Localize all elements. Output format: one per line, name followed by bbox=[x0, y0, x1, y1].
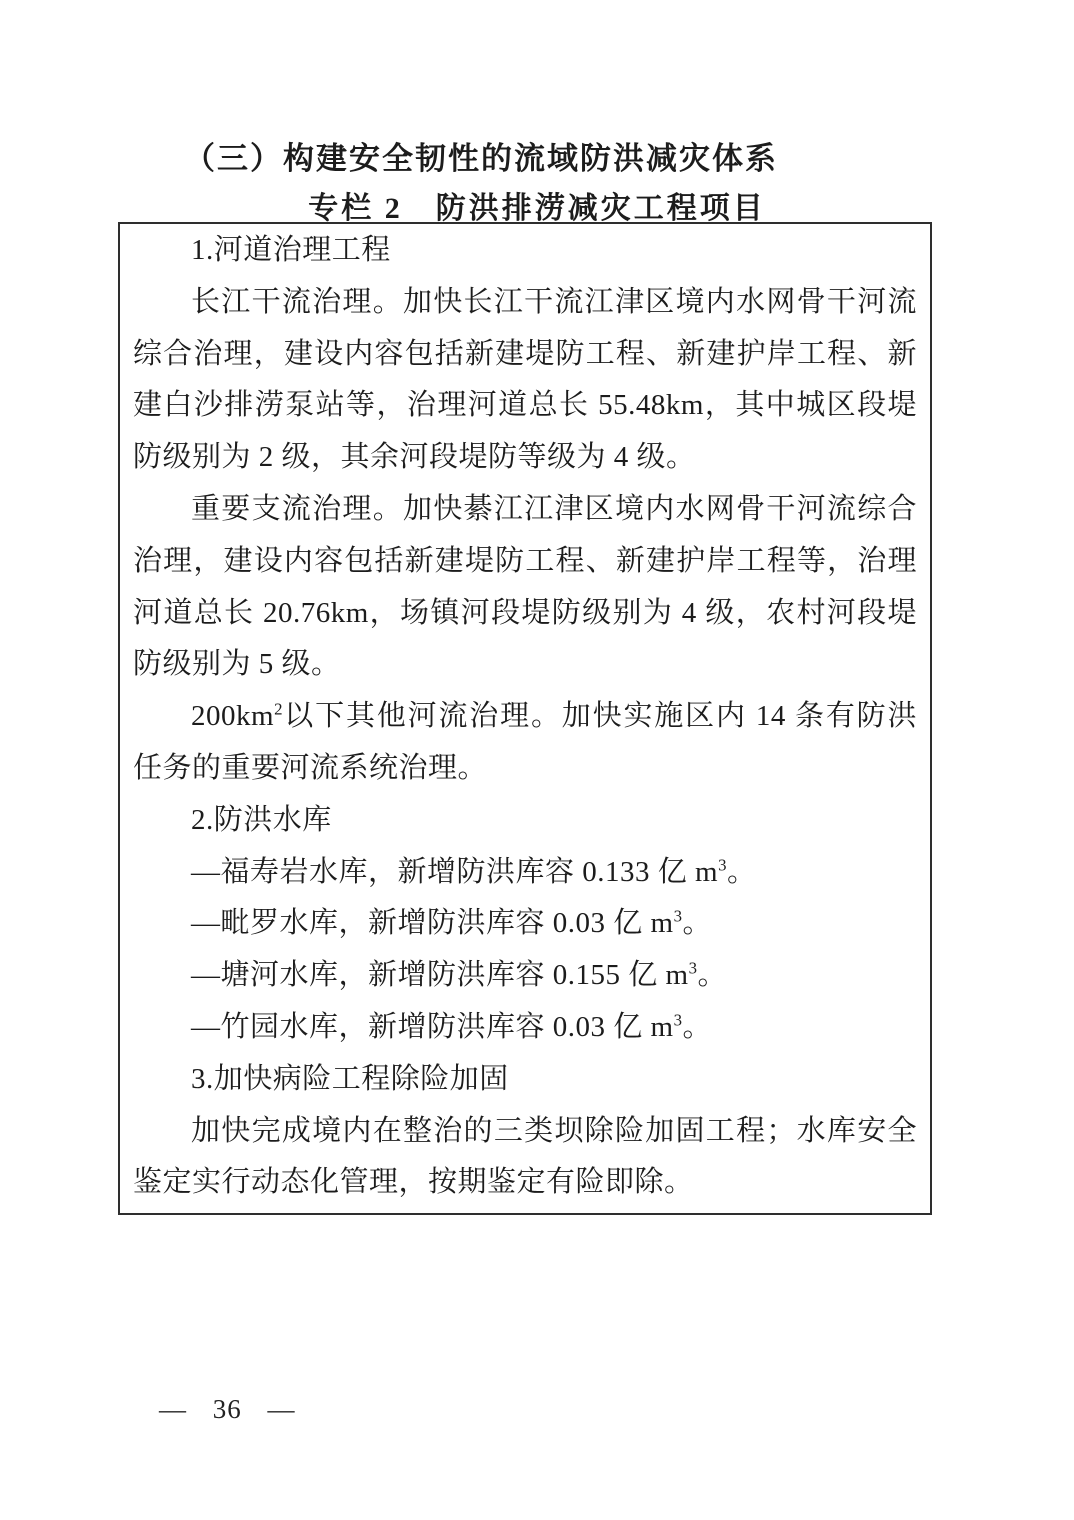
text-run: 1.河道治理工程 bbox=[191, 234, 391, 266]
text-run: 长江干流治理。加快长江干流江津区境内水网骨干河流综合治理，建设内容包括新建堤防工… bbox=[133, 286, 917, 473]
section-heading: （三）构建安全韧性的流域防洪减灾体系 bbox=[184, 133, 778, 178]
box-paragraph: 长江干流治理。加快长江干流江津区境内水网骨干河流综合治理，建设内容包括新建堤防工… bbox=[133, 277, 917, 484]
text-run: 。 bbox=[682, 1011, 712, 1043]
box-paragraph: —塘河水库，新增防洪库容 0.155 亿 m3。 bbox=[133, 950, 917, 1002]
box-subheading: 3.加快病险工程除险加固 bbox=[133, 1054, 917, 1106]
text-run: 重要支流治理。加快綦江江津区境内水网骨干河流综合治理，建设内容包括新建堤防工程、… bbox=[133, 493, 917, 680]
text-run: —竹园水库，新增防洪库容 0.03 亿 m bbox=[191, 1011, 674, 1043]
text-run: 200km bbox=[191, 700, 274, 732]
callout-box-content: 1.河道治理工程长江干流治理。加快长江干流江津区境内水网骨干河流综合治理，建设内… bbox=[133, 225, 917, 1209]
box-paragraph: 加快完成境内在整治的三类坝除险加固工程；水库安全鉴定实行动态化管理，按期鉴定有险… bbox=[133, 1106, 917, 1210]
superscript: 2 bbox=[274, 700, 283, 719]
text-run: —毗罗水库，新增防洪库容 0.03 亿 m bbox=[191, 907, 674, 939]
callout-box: 1.河道治理工程长江干流治理。加快长江干流江津区境内水网骨干河流综合治理，建设内… bbox=[118, 222, 932, 1215]
text-run: —福寿岩水库，新增防洪库容 0.133 亿 m bbox=[191, 856, 718, 888]
box-paragraph: —毗罗水库，新增防洪库容 0.03 亿 m3。 bbox=[133, 898, 917, 950]
text-run: 。 bbox=[682, 907, 712, 939]
text-run: 加快完成境内在整治的三类坝除险加固工程；水库安全鉴定实行动态化管理，按期鉴定有险… bbox=[133, 1115, 917, 1199]
box-subheading: 2.防洪水库 bbox=[133, 795, 917, 847]
text-run: 。 bbox=[697, 959, 727, 991]
text-run: 3.加快病险工程除险加固 bbox=[191, 1063, 509, 1095]
callout-box-title: 专栏 2 防洪排涝减灾工程项目 bbox=[0, 183, 1074, 227]
box-paragraph: —福寿岩水库，新增防洪库容 0.133 亿 m3。 bbox=[133, 847, 917, 899]
box-subheading: 1.河道治理工程 bbox=[133, 225, 917, 277]
text-run: —塘河水库，新增防洪库容 0.155 亿 m bbox=[191, 959, 689, 991]
box-paragraph: 重要支流治理。加快綦江江津区境内水网骨干河流综合治理，建设内容包括新建堤防工程、… bbox=[133, 484, 917, 691]
box-paragraph: —竹园水库，新增防洪库容 0.03 亿 m3。 bbox=[133, 1002, 917, 1054]
document-page: （三）构建安全韧性的流域防洪减灾体系 专栏 2 防洪排涝减灾工程项目 1.河道治… bbox=[0, 0, 1074, 1520]
page-number: — 36 — bbox=[159, 1394, 296, 1425]
text-run: 2.防洪水库 bbox=[191, 804, 332, 836]
box-paragraph: 200km2以下其他河流治理。加快实施区内 14 条有防洪任务的重要河流系统治理… bbox=[133, 691, 917, 795]
superscript: 3 bbox=[718, 855, 727, 874]
text-run: 。 bbox=[727, 856, 757, 888]
